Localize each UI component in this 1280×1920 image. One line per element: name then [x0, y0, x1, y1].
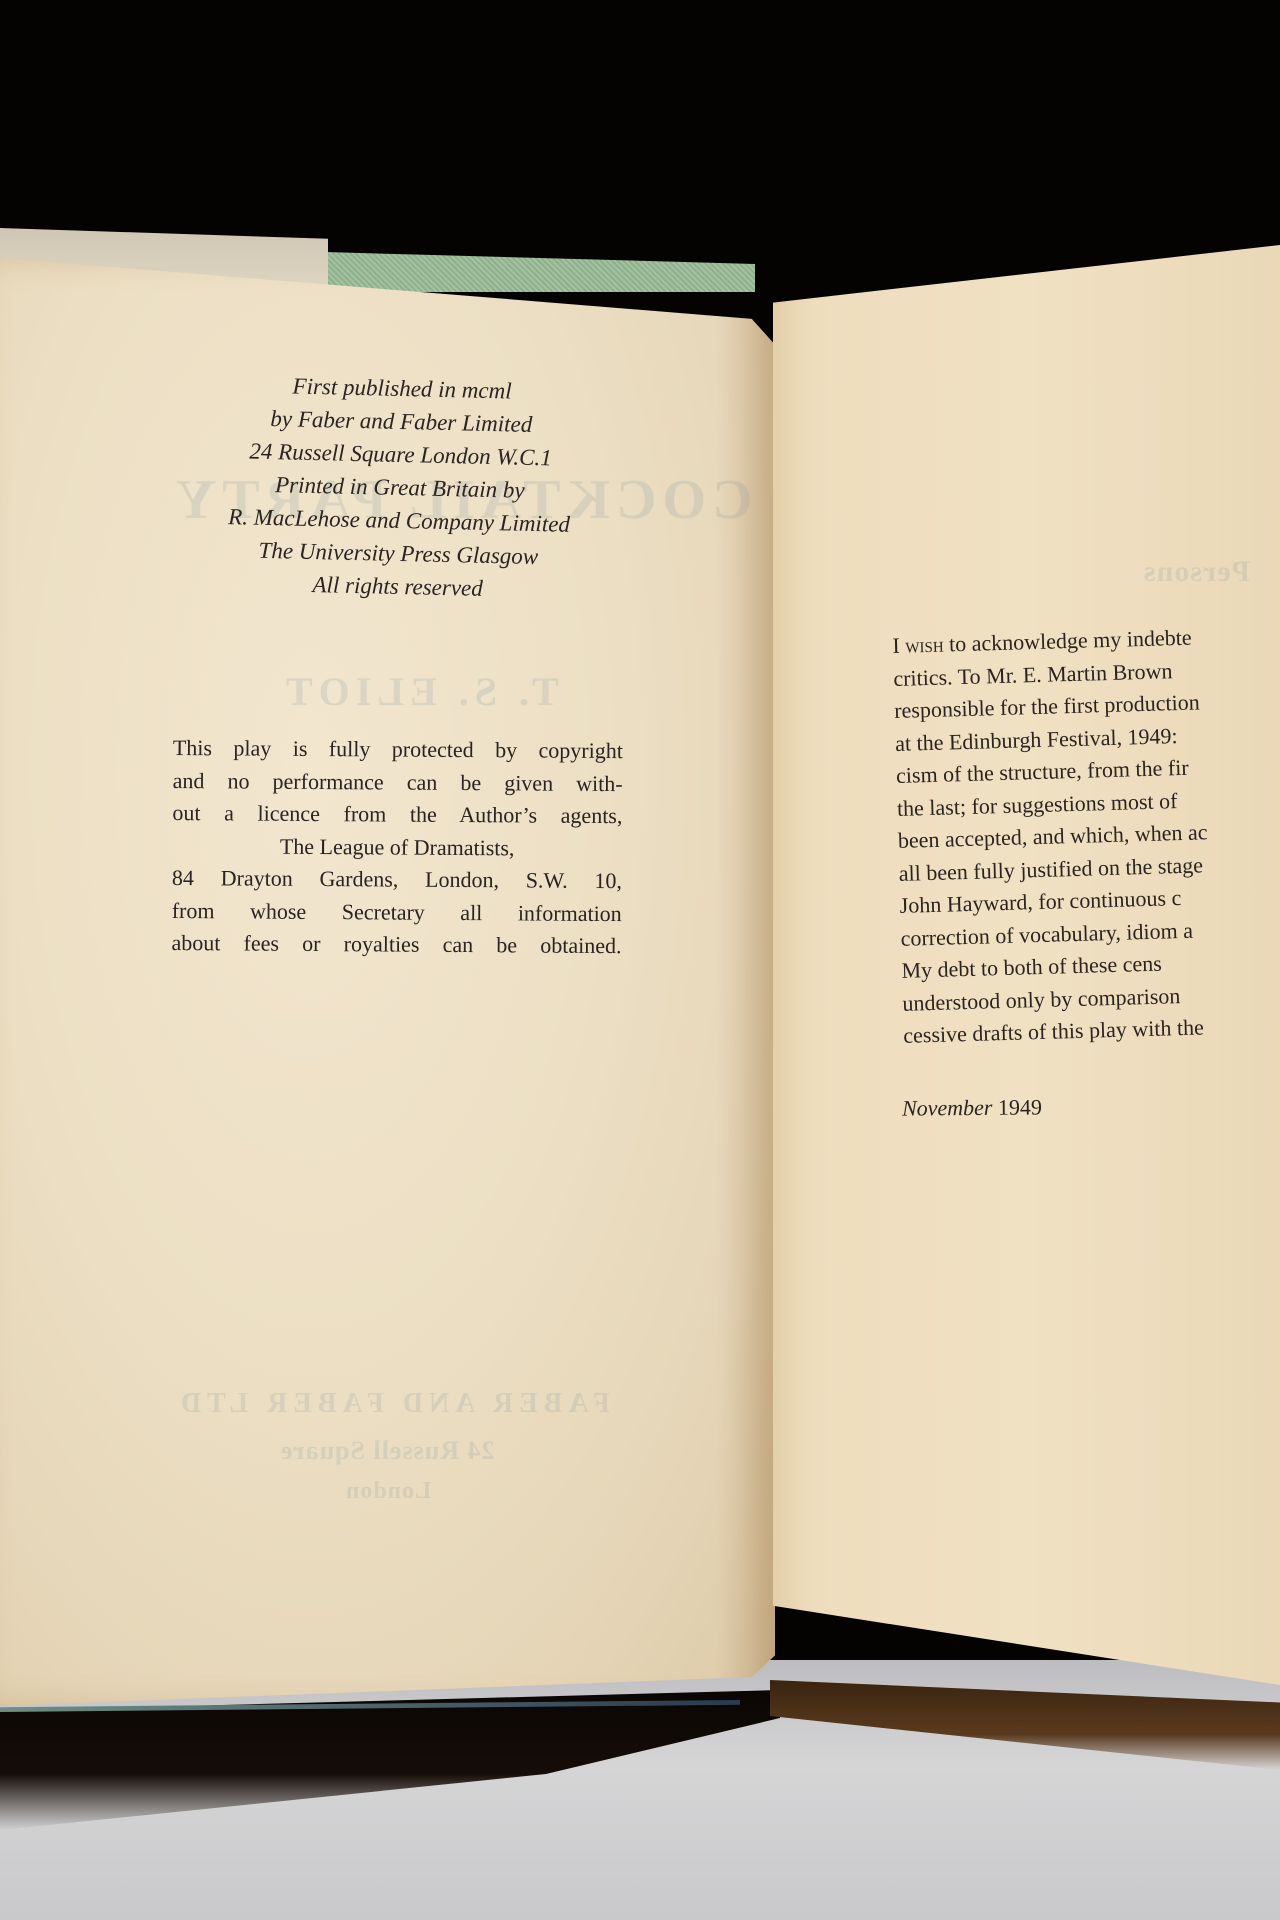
- ack-lead: I wish: [892, 632, 944, 658]
- date-month: November: [902, 1095, 993, 1121]
- bleed-address: 24 Russell Square: [280, 1436, 494, 1466]
- bleed-persons: Persons: [1143, 555, 1250, 589]
- copyright-line: This play is fully protected by copyrigh…: [173, 732, 623, 768]
- copyright-line: The League of Dramatists,: [172, 829, 622, 865]
- bleed-city: London: [345, 1478, 431, 1505]
- photo-scene: COCKTAIL PARTY T. S. ELIOT FABER AND FAB…: [0, 0, 1280, 1920]
- copyright-line: from whose Secretary all information: [172, 894, 622, 930]
- bleed-author: T. S. ELIOT: [280, 668, 559, 715]
- copyright-line: out a licence from the Author’s agents,: [172, 797, 622, 833]
- date-year: 1949: [992, 1094, 1042, 1119]
- copyright-line: and no performance can be given with-: [173, 764, 623, 800]
- imprint-block: First published in mcml by Faber and Fab…: [145, 366, 655, 608]
- ack-line-text: to acknowledge my indebte: [943, 625, 1192, 657]
- acknowledgement-date: November 1949: [902, 1094, 1042, 1121]
- bleed-publisher: FABER AND FABER LTD: [175, 1388, 610, 1420]
- copyright-line: 84 Drayton Gardens, London, S.W. 10,: [172, 862, 622, 898]
- copyright-line: about fees or royalties can be obtained.: [171, 927, 621, 963]
- green-cloth-cover-edge: [325, 252, 755, 292]
- acknowledgement-text: I wish to acknowledge my indebte critics…: [892, 618, 1280, 1052]
- copyright-notice: This play is fully protected by copyrigh…: [171, 732, 623, 963]
